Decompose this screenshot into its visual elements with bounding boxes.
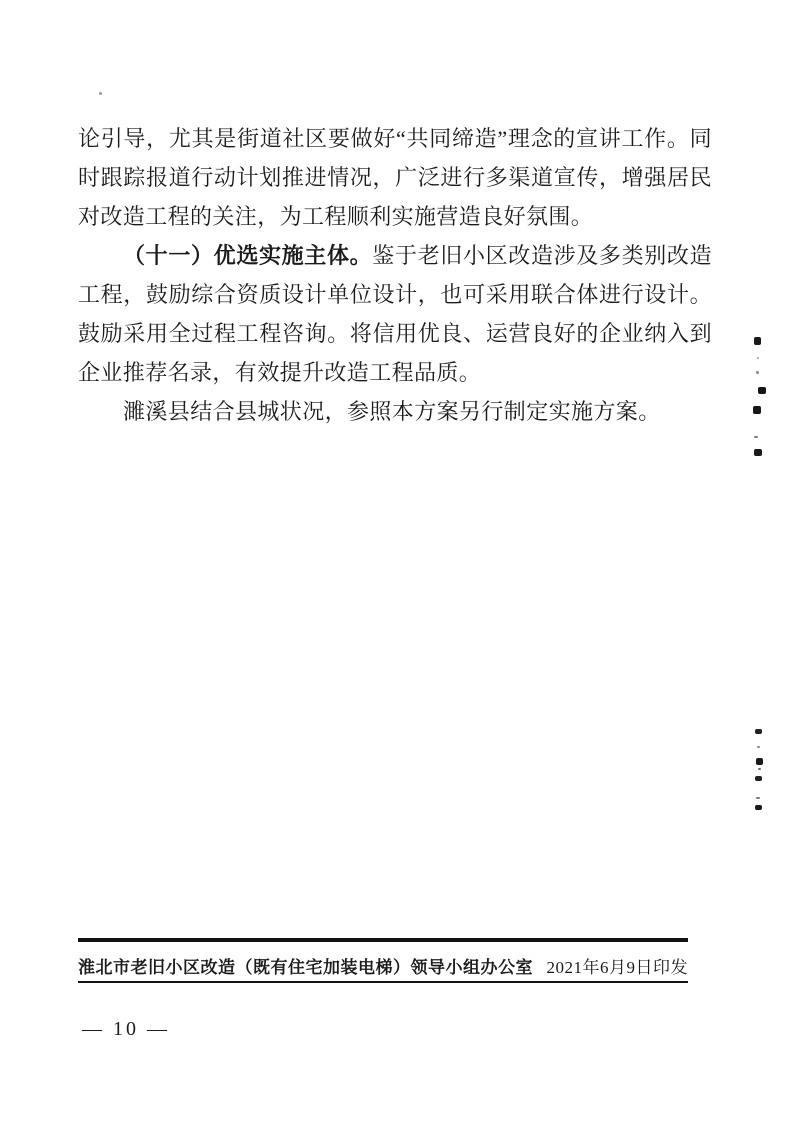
scan-speck <box>755 805 762 810</box>
scan-speck <box>753 406 761 414</box>
footer-issuer: 淮北市老旧小区改造（既有住宅加装电梯）领导小组办公室 <box>78 953 533 978</box>
footer-rule-thin <box>78 981 688 983</box>
document-page: 论引导，尤其是街道社区要做好“共同缔造”理念的宣讲工作。同时跟踪报道行动计划推进… <box>0 0 791 1124</box>
scan-speck <box>754 436 758 438</box>
paragraph: 濉溪县结合县城状况，参照本方案另行制定实施方案。 <box>78 392 712 431</box>
paragraph-text: 濉溪县结合县城状况，参照本方案另行制定实施方案。 <box>123 399 661 424</box>
page-number: — 10 — <box>82 1018 170 1041</box>
scan-speck <box>99 92 102 95</box>
scan-speck <box>754 449 762 456</box>
paragraph-text: 论引导，尤其是街道社区要做好“共同缔造”理念的宣讲工作。同时跟踪报道行动计划推进… <box>78 126 712 229</box>
scan-speck <box>756 371 759 374</box>
scan-speck <box>758 387 766 394</box>
scan-speck <box>755 729 762 734</box>
scan-speck <box>758 768 761 770</box>
scan-speck <box>756 797 760 799</box>
scan-speck <box>754 337 761 345</box>
paragraph: （十一）优选实施主体。鉴于老旧小区改造涉及多类别改造工程，鼓励综合资质设计单位设… <box>78 236 712 392</box>
footer-print-date: 2021年6月9日印发 <box>547 953 689 978</box>
footer-rule-thick <box>78 938 688 942</box>
scan-speck <box>757 357 759 359</box>
scan-speck <box>756 758 763 765</box>
scan-speck <box>757 746 760 748</box>
scan-speck <box>755 776 762 781</box>
paragraph-lead-bold: （十一）优选实施主体。 <box>123 243 372 268</box>
paragraph: 论引导，尤其是街道社区要做好“共同缔造”理念的宣讲工作。同时跟踪报道行动计划推进… <box>78 119 712 236</box>
document-body: 论引导，尤其是街道社区要做好“共同缔造”理念的宣讲工作。同时跟踪报道行动计划推进… <box>78 119 712 431</box>
document-footer: 淮北市老旧小区改造（既有住宅加装电梯）领导小组办公室 2021年6月9日印发 <box>78 953 688 978</box>
